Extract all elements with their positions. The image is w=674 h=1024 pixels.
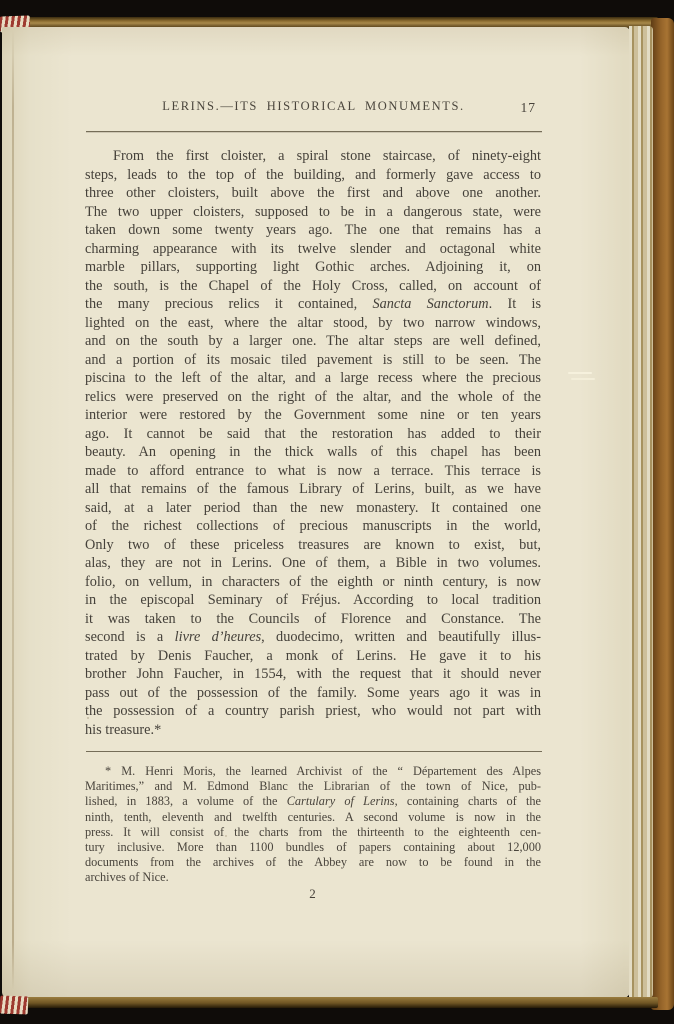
text-segment: archives of Nice.	[85, 870, 169, 884]
text-segment: said, at a later period than the new mon…	[85, 500, 541, 516]
text-line: pass out of the possession of the family…	[85, 684, 541, 703]
text-segment: in the episcopal Seminary of Fréjus. Acc…	[85, 592, 541, 608]
text-segment: tury inclusive. More than 1100 bundles o…	[85, 840, 541, 854]
text-line: Only two of these priceless treasures ar…	[85, 536, 541, 555]
text-segment: and a portion of its mosaic tiled paveme…	[85, 352, 541, 368]
text-line: archives of Nice.	[85, 870, 541, 885]
text-line: The two upper cloisters, supposed to be …	[85, 203, 541, 222]
text-line: alas, they are not in Lerins. One of the…	[85, 554, 541, 573]
text-segment: second is a	[85, 629, 175, 645]
text-segment: , duodecimo, written and beautifully ill…	[261, 629, 541, 645]
headband-bottom	[0, 996, 28, 1015]
text-segment: lighted on the east, where the altar sto…	[85, 315, 541, 331]
text-line: said, at a later period than the new mon…	[85, 499, 541, 518]
footnote-rule	[86, 751, 542, 752]
gutter-crease	[12, 30, 14, 990]
text-line: all that remains of the famous Library o…	[85, 480, 541, 499]
text-line: lighted on the east, where the altar sto…	[85, 314, 541, 333]
text-line: interior were restored by the Government…	[85, 406, 541, 425]
text-line: his treasure.*	[85, 721, 541, 740]
text-line: Maritimes,” and M. Edmond Blanc the Libr…	[85, 779, 541, 794]
text-segment: piscina to the left of the altar, and a …	[85, 370, 541, 386]
text-segment: the many precious relics it contained,	[85, 296, 372, 312]
text-segment: pass out of the possession of the family…	[85, 685, 541, 701]
text-segment: lished, in 1883, a volume of the	[85, 794, 287, 808]
text-line: ago. It cannot be said that the restorat…	[85, 425, 541, 444]
footnote: * M. Henri Moris, the learned Archivist …	[85, 764, 541, 886]
text-segment: the possession of a country parish pries…	[85, 703, 541, 719]
text-line: made to afford entrance to what is now a…	[85, 462, 541, 481]
header-rule	[86, 131, 542, 132]
text-segment: brother John Faucher, in 1554, with the …	[85, 666, 541, 682]
text-segment: the south, is the Chapel of the Holy Cro…	[85, 278, 541, 294]
text-segment: ago. It cannot be said that the restorat…	[85, 426, 541, 442]
italic-text: Cartulary of Lerins	[287, 794, 395, 808]
text-segment: all that remains of the famous Library o…	[85, 481, 541, 497]
text-segment: of the richest collections of precious m…	[85, 518, 541, 534]
running-title: LERINS.—ITS HISTORICAL MONUMENTS.	[85, 99, 542, 114]
text-line: From the first cloister, a spiral stone …	[85, 147, 541, 166]
text-segment: ninth, tenth, eleventh and twelfth centu…	[85, 810, 541, 824]
text-segment: interior were restored by the Government…	[85, 407, 541, 423]
text-segment: charming appearance with its twelve slen…	[85, 241, 541, 257]
text-line: taken down some twenty years ago. The on…	[85, 221, 541, 240]
text-segment: folio, on vellum, in characters of the e…	[85, 574, 541, 590]
text-segment: Maritimes,” and M. Edmond Blanc the Libr…	[85, 779, 541, 793]
text-line: trated by Denis Faucher, a monk of Lerin…	[85, 647, 541, 666]
text-line: tury inclusive. More than 1100 bundles o…	[85, 840, 541, 855]
text-segment: and on the south by a larger one. The al…	[85, 333, 541, 349]
main-text: From the first cloister, a spiral stone …	[85, 147, 541, 739]
book-scan: { "header": { "title": "LERINS.\u2014ITS…	[0, 0, 674, 1024]
page-number-top: 17	[521, 100, 537, 116]
page-fore-edge	[629, 26, 653, 998]
text-line: it was taken to the Councils of Florence…	[85, 610, 541, 629]
text-line: the many precious relics it contained, S…	[85, 295, 541, 314]
text-segment: press. It will consist of the charts fro…	[85, 825, 541, 839]
text-line: press. It will consist of the charts fro…	[85, 825, 541, 840]
text-line: lished, in 1883, a volume of the Cartula…	[85, 794, 541, 809]
text-line: three other cloisters, built above the f…	[85, 184, 541, 203]
text-line: piscina to the left of the altar, and a …	[85, 369, 541, 388]
text-line: in the episcopal Seminary of Fréjus. Acc…	[85, 591, 541, 610]
text-line: the possession of a country parish pries…	[85, 702, 541, 721]
text-segment: his treasure.*	[85, 722, 161, 738]
text-line: charming appearance with its twelve slen…	[85, 240, 541, 259]
text-line: steps, leads to the top of the building,…	[85, 166, 541, 185]
text-line: documents from the archives of the Abbey…	[85, 855, 541, 870]
text-line: second is a livre d’heures, duodecimo, w…	[85, 628, 541, 647]
page-header: LERINS.—ITS HISTORICAL MONUMENTS. 17	[85, 99, 542, 119]
text-line: beauty. An opening in the thick walls of…	[85, 443, 541, 462]
text-segment: documents from the archives of the Abbey…	[85, 855, 541, 869]
text-segment: The two upper cloisters, supposed to be …	[85, 204, 541, 220]
text-segment: beauty. An opening in the thick walls of…	[85, 444, 541, 460]
text-segment: taken down some twenty years ago. The on…	[85, 222, 541, 238]
italic-text: livre d’heures	[175, 629, 262, 645]
text-line: folio, on vellum, in characters of the e…	[85, 573, 541, 592]
page-number-bottom: 2	[85, 886, 541, 902]
text-segment: trated by Denis Faucher, a monk of Lerin…	[85, 648, 541, 664]
italic-text: Sancta Sanctorum	[372, 296, 488, 312]
text-line: of the richest collections of precious m…	[85, 517, 541, 536]
text-line: * M. Henri Moris, the learned Archivist …	[85, 764, 541, 779]
text-segment: made to afford entrance to what is now a…	[85, 463, 541, 479]
text-line: and a portion of its mosaic tiled paveme…	[85, 351, 541, 370]
text-segment: Only two of these priceless treasures ar…	[85, 537, 541, 553]
text-segment: . It is	[489, 296, 541, 312]
text-segment: From the first cloister, a spiral stone …	[113, 148, 541, 164]
text-segment: , containing charts of the	[395, 794, 541, 808]
text-segment: relics were preserved on the right of th…	[85, 389, 541, 405]
book-cover-edge	[651, 18, 674, 1010]
text-segment: marble pillars, supporting light Gothic …	[85, 259, 541, 275]
book-bottom-edge	[8, 997, 658, 1008]
text-segment: steps, leads to the top of the building,…	[85, 167, 541, 183]
text-line: and on the south by a larger one. The al…	[85, 332, 541, 351]
text-segment: alas, they are not in Lerins. One of the…	[85, 555, 541, 571]
scan-artifact-dashes	[568, 372, 592, 374]
text-line: ninth, tenth, eleventh and twelfth centu…	[85, 810, 541, 825]
text-segment: three other cloisters, built above the f…	[85, 185, 541, 201]
text-segment: * M. Henri Moris, the learned Archivist …	[105, 764, 541, 778]
text-line: the south, is the Chapel of the Holy Cro…	[85, 277, 541, 296]
text-line: brother John Faucher, in 1554, with the …	[85, 665, 541, 684]
text-line: relics were preserved on the right of th…	[85, 388, 541, 407]
text-line: marble pillars, supporting light Gothic …	[85, 258, 541, 277]
text-segment: it was taken to the Councils of Florence…	[85, 611, 541, 627]
